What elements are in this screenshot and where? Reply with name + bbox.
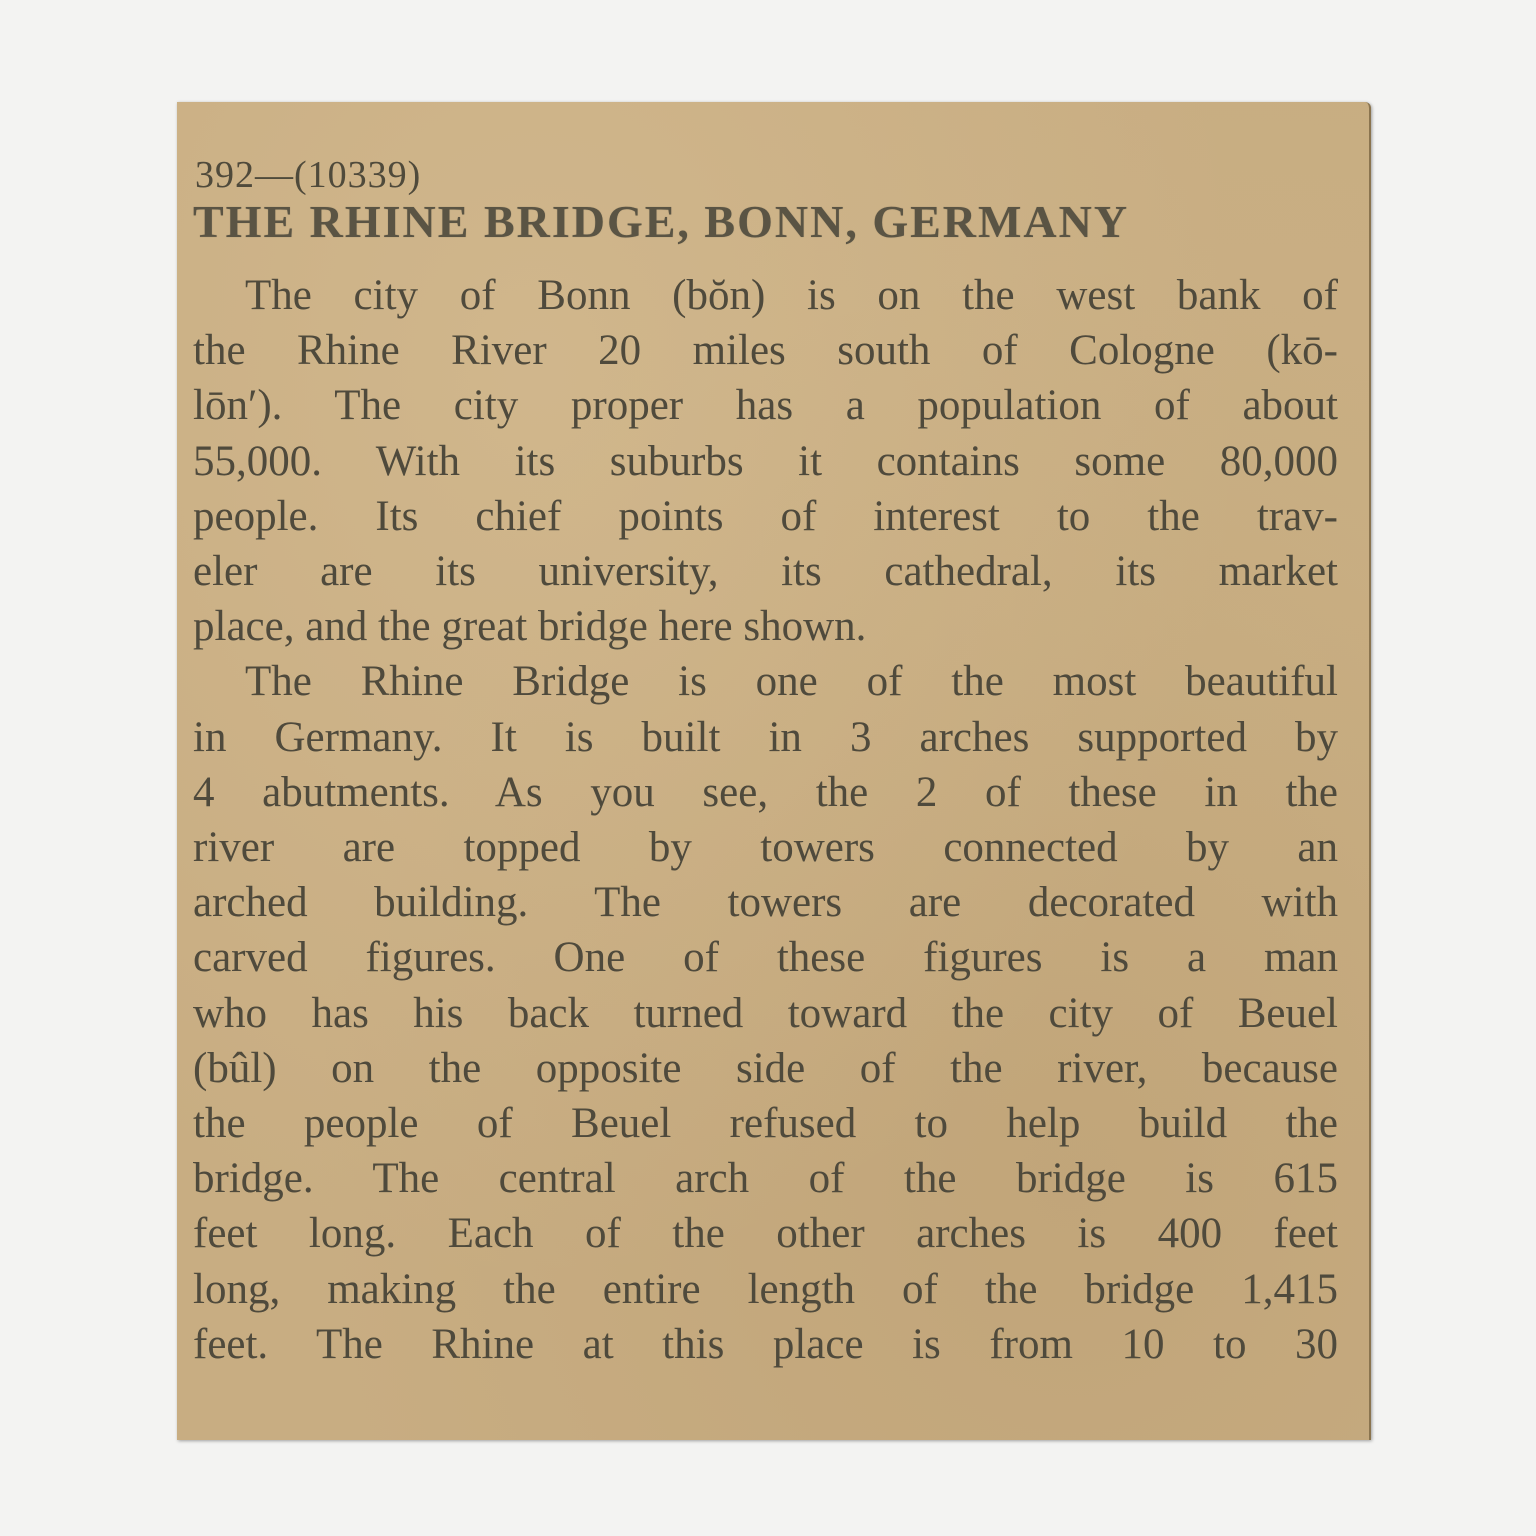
text-line: 4 abutments. As you see, the 2 of these … [193,765,1338,820]
text-line: feet long. Each of the other arches is 4… [193,1206,1338,1261]
paragraph-2: The Rhine Bridge is one of the most beau… [193,654,1338,1372]
text-line: bridge. The central arch of the bridge i… [193,1151,1338,1206]
text-line: The city of Bonn (bŏn) is on the west ba… [193,268,1338,323]
text-line: arched building. The towers are decorate… [193,875,1338,930]
text-line: The Rhine Bridge is one of the most beau… [193,654,1338,709]
text-line: people. Its chief points of interest to … [193,489,1338,544]
text-line: the people of Beuel refused to help buil… [193,1096,1338,1151]
text-line: 55,000. With its suburbs it contains som… [193,434,1338,489]
text-line: place, and the great bridge here shown. [193,599,1338,654]
card-number: 392—(10339) [195,150,1338,200]
text-line: feet. The Rhine at this place is from 10… [193,1317,1338,1372]
text-line: (bûl) on the opposite side of the river,… [193,1041,1338,1096]
text-line: who has his back turned toward the city … [193,986,1338,1041]
card-text: 392—(10339) THE RHINE BRIDGE, BONN, GERM… [193,150,1338,1372]
paragraph-1: The city of Bonn (bŏn) is on the west ba… [193,268,1338,654]
text-line: river are topped by towers connected by … [193,820,1338,875]
text-line: long, making the entire length of the br… [193,1262,1338,1317]
card-title: THE RHINE BRIDGE, BONN, GERMANY [193,196,1338,248]
text-line: in Germany. It is built in 3 arches supp… [193,710,1338,765]
text-line: eler are its university, its cathedral, … [193,544,1338,599]
text-line: lōn′). The city proper has a population … [193,378,1338,433]
text-line: carved figures. One of these figures is … [193,930,1338,985]
text-line: the Rhine River 20 miles south of Cologn… [193,323,1338,378]
